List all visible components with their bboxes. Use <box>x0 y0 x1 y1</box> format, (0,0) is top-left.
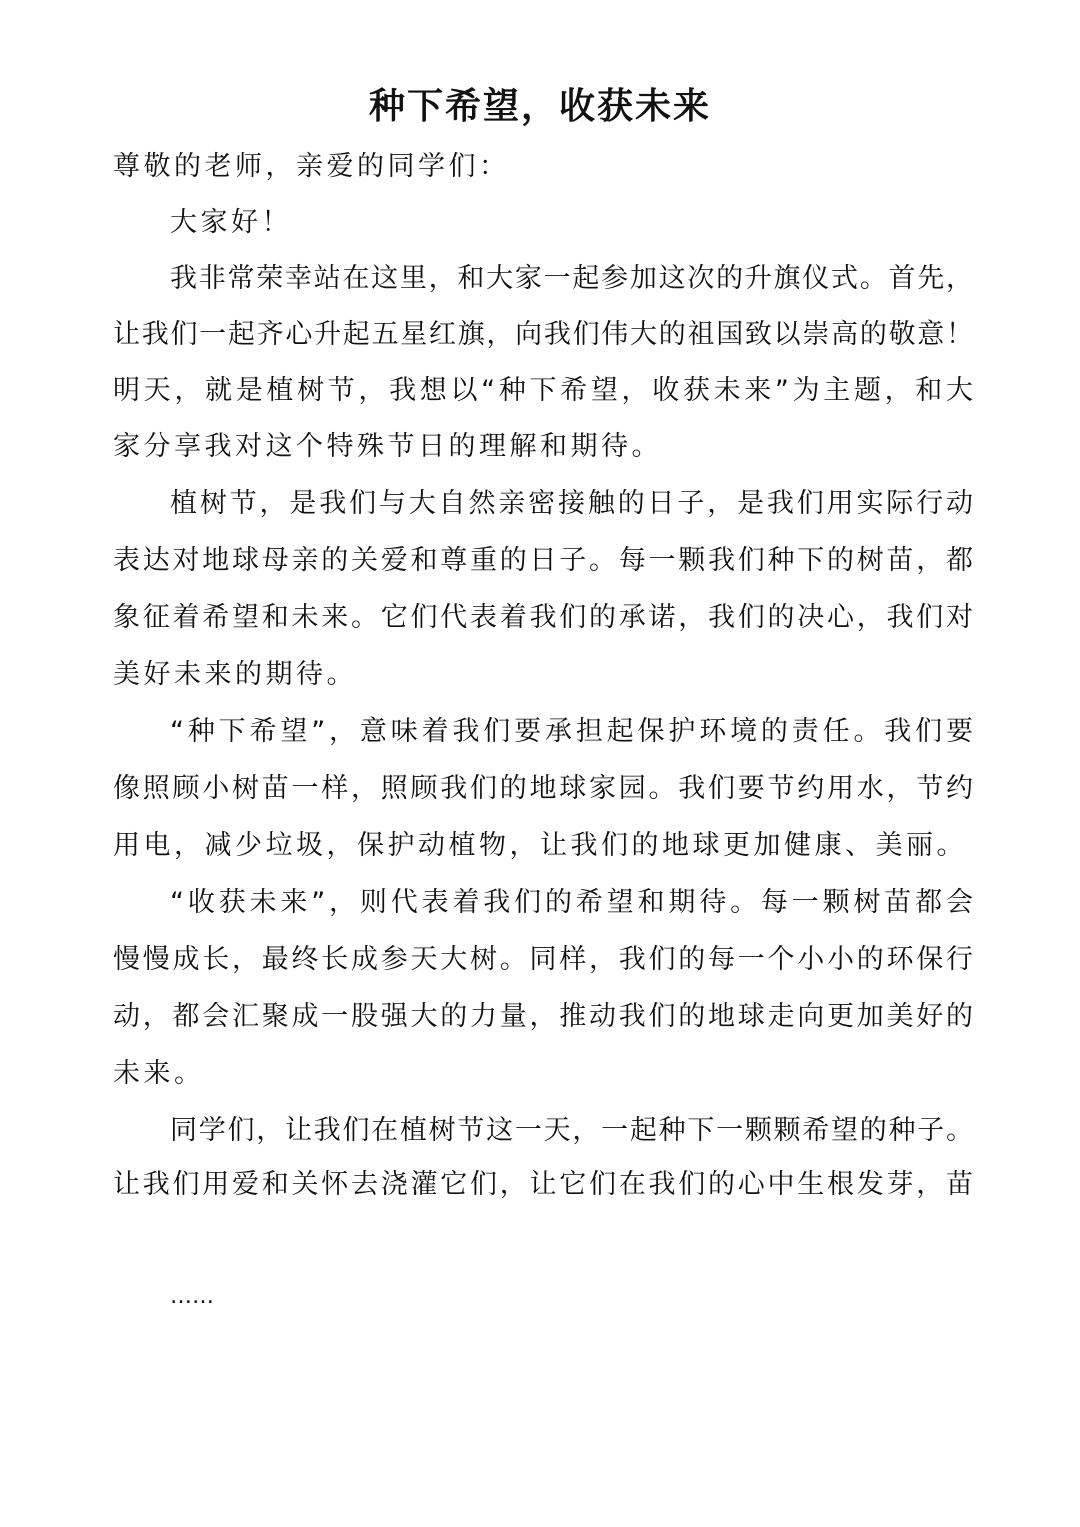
paragraph-4-line-4: 未来。 <box>113 1054 973 1094</box>
paragraph-1-line-2: 让我们一起齐心升起五星红旗，向我们伟大的祖国致以崇高的敬意！ <box>113 315 973 355</box>
paragraph-2-line-4: 美好未来的期待。 <box>113 655 973 695</box>
paragraph-1-line-4: 家分享我对这个特殊节日的理解和期待。 <box>113 427 973 467</box>
paragraph-1-line-3: 明天，就是植树节，我想以“种下希望，收获未来”为主题，和大 <box>113 371 973 411</box>
paragraph-5-line-2: 让我们用爱和关怀去浇灌它们，让它们在我们的心中生根发芽，苗 <box>113 1165 973 1205</box>
paragraph-3-line-3: 用电，减少垃圾，保护动植物，让我们的地球更加健康、美丽。 <box>113 826 973 866</box>
paragraph-3-line-1: “种下希望”，意味着我们要承担起保护环境的责任。我们要 <box>170 712 973 752</box>
paragraph-4-line-1: “收获未来”，则代表着我们的希望和期待。每一颗树苗都会 <box>170 883 973 923</box>
paragraph-2-line-3: 象征着希望和未来。它们代表着我们的承诺，我们的决心，我们对 <box>113 598 973 638</box>
continuation-ellipsis: …… <box>170 1284 214 1309</box>
paragraph-5-line-1: 同学们，让我们在植树节这一天，一起种下一颗颗希望的种子。 <box>170 1111 973 1151</box>
paragraph-3-line-2: 像照顾小树苗一样，照顾我们的地球家园。我们要节约用水，节约 <box>113 769 973 809</box>
document-title: 种下希望，收获未来 <box>0 82 1080 132</box>
paragraph-2-line-1: 植树节，是我们与大自然亲密接触的日子，是我们用实际行动 <box>170 484 973 524</box>
salutation: 尊敬的老师，亲爱的同学们： <box>113 147 973 187</box>
paragraph-1-line-1: 我非常荣幸站在这里，和大家一起参加这次的升旗仪式。首先， <box>170 259 973 299</box>
paragraph-2-line-2: 表达对地球母亲的关爱和尊重的日子。每一颗我们种下的树苗，都 <box>113 541 973 581</box>
paragraph-4-line-2: 慢慢成长，最终长成参天大树。同样，我们的每一个小小的环保行 <box>113 940 973 980</box>
document-page: 种下希望，收获未来 尊敬的老师，亲爱的同学们： 大家好！ 我非常荣幸站在这里，和… <box>0 0 1080 1527</box>
paragraph-4-line-3: 动，都会汇聚成一股强大的力量，推动我们的地球走向更加美好的 <box>113 997 973 1037</box>
greeting: 大家好！ <box>170 203 973 243</box>
